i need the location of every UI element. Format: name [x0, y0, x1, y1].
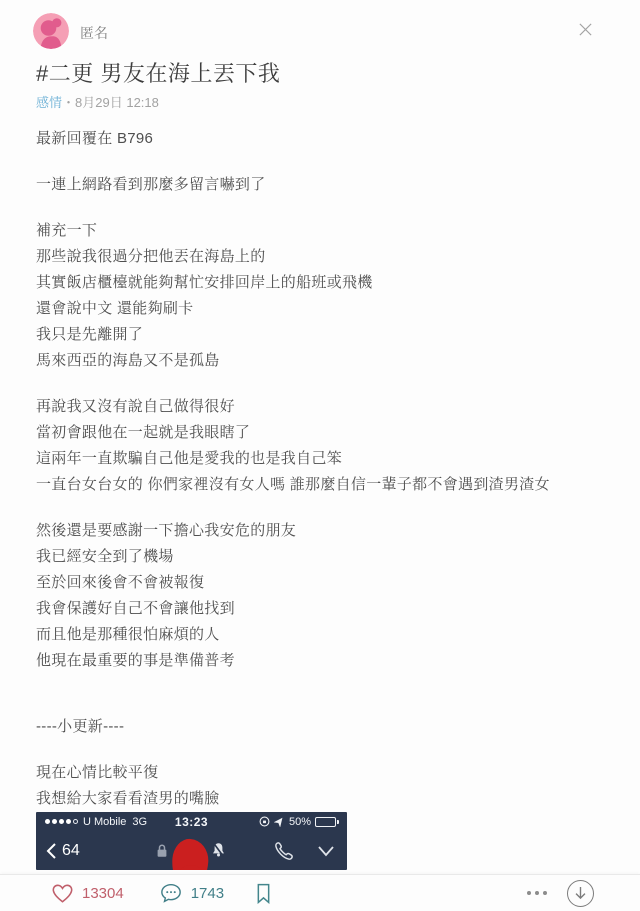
collapse-chevron-icon[interactable]: [317, 845, 335, 857]
heart-icon: [52, 884, 73, 903]
body-line: 其實飯店櫃檯就能夠幫忙安排回岸上的船班或飛機: [36, 270, 610, 296]
more-options-button[interactable]: [527, 891, 547, 895]
battery-icon: [315, 817, 339, 827]
orientation-lock-icon: [259, 816, 270, 827]
body-line: [36, 498, 610, 518]
body-line: 一直台女台女的 你們家裡沒有女人嗎 誰那麼自信一輩子都不會遇到渣男渣女: [36, 472, 610, 498]
like-button[interactable]: 13304: [52, 884, 124, 903]
chat-header-bar: 64: [36, 831, 347, 870]
battery-percent: 50%: [289, 816, 311, 828]
body-line: 最新回覆在 B796: [36, 126, 610, 152]
post-meta: 感情・8月29日 12:18: [36, 92, 159, 111]
body-line: 那些說我很過分把他丟在海島上的: [36, 244, 610, 270]
close-button[interactable]: [574, 18, 596, 40]
body-line: 現在心情比較平復: [36, 760, 610, 786]
muted-bell-icon: [212, 842, 225, 858]
post-title: #二更 男友在海上丟下我: [36, 57, 280, 88]
scroll-to-bottom-button[interactable]: [567, 880, 594, 907]
meta-separator: ・: [62, 95, 75, 110]
body-line: [36, 674, 610, 694]
body-line: [36, 740, 610, 760]
body-line: 至於回來後會不會被報復: [36, 570, 610, 596]
back-button[interactable]: 64: [46, 842, 80, 860]
body-line: 補充一下: [36, 218, 610, 244]
phone-call-icon[interactable]: [273, 840, 295, 862]
action-bar: 13304 1743: [0, 874, 640, 911]
comment-bubble-icon: [160, 883, 182, 903]
comment-button[interactable]: 1743: [160, 883, 224, 903]
anonymous-female-avatar-icon: [33, 13, 69, 49]
down-arrow-icon: [574, 886, 587, 900]
body-line: 而且他是那種很怕麻煩的人: [36, 622, 610, 648]
body-lines: 最新回覆在 B796一連上網路看到那麼多留言嚇到了補充一下那些說我很過分把他丟在…: [36, 126, 610, 812]
post-body: 最新回覆在 B796一連上網路看到那麼多留言嚇到了補充一下那些說我很過分把他丟在…: [36, 126, 610, 870]
back-chevron-icon: [46, 842, 57, 860]
body-line: [36, 694, 610, 714]
ios-status-bar: U Mobile 3G 13:23 50%: [36, 812, 347, 831]
unread-count: 64: [62, 842, 80, 860]
body-line: 我已經安全到了機場: [36, 544, 610, 570]
body-line: 當初會跟他在一起就是我眼瞎了: [36, 420, 610, 446]
body-line: 我想給大家看看渣男的嘴臉: [36, 786, 610, 812]
category-link[interactable]: 感情: [36, 95, 62, 110]
comment-count: 1743: [191, 885, 224, 902]
body-line: 他現在最重要的事是準備普考: [36, 648, 610, 674]
avatar: [33, 13, 69, 49]
body-line: ----小更新----: [36, 714, 610, 740]
body-line: 這兩年一直欺騙自己他是愛我的也是我自己笨: [36, 446, 610, 472]
location-arrow-icon: [274, 816, 285, 827]
close-icon: [578, 22, 593, 37]
body-line: 還會說中文 還能夠刷卡: [36, 296, 610, 322]
body-line: 再說我又沒有說自己做得很好: [36, 394, 610, 420]
body-line: [36, 198, 610, 218]
author-name: 匿名: [80, 23, 108, 43]
body-line: 我只是先離開了: [36, 322, 610, 348]
embedded-chat-screenshot[interactable]: U Mobile 3G 13:23 50%: [36, 812, 347, 870]
like-count: 13304: [82, 885, 124, 902]
body-line: 馬來西亞的海島又不是孤島: [36, 348, 610, 374]
body-line: [36, 152, 610, 172]
post-modal: 匿名 #二更 男友在海上丟下我 感情・8月29日 12:18 最新回覆在 B79…: [0, 0, 640, 911]
bookmark-icon: [256, 883, 271, 904]
body-line: [36, 374, 610, 394]
body-line: 一連上網路看到那麼多留言嚇到了: [36, 172, 610, 198]
body-line: 然後還是要感謝一下擔心我安危的朋友: [36, 518, 610, 544]
post-date: 8月29日 12:18: [75, 95, 159, 110]
body-line: 我會保護好自己不會讓他找到: [36, 596, 610, 622]
bookmark-button[interactable]: [256, 883, 271, 904]
lock-icon: [156, 843, 168, 858]
